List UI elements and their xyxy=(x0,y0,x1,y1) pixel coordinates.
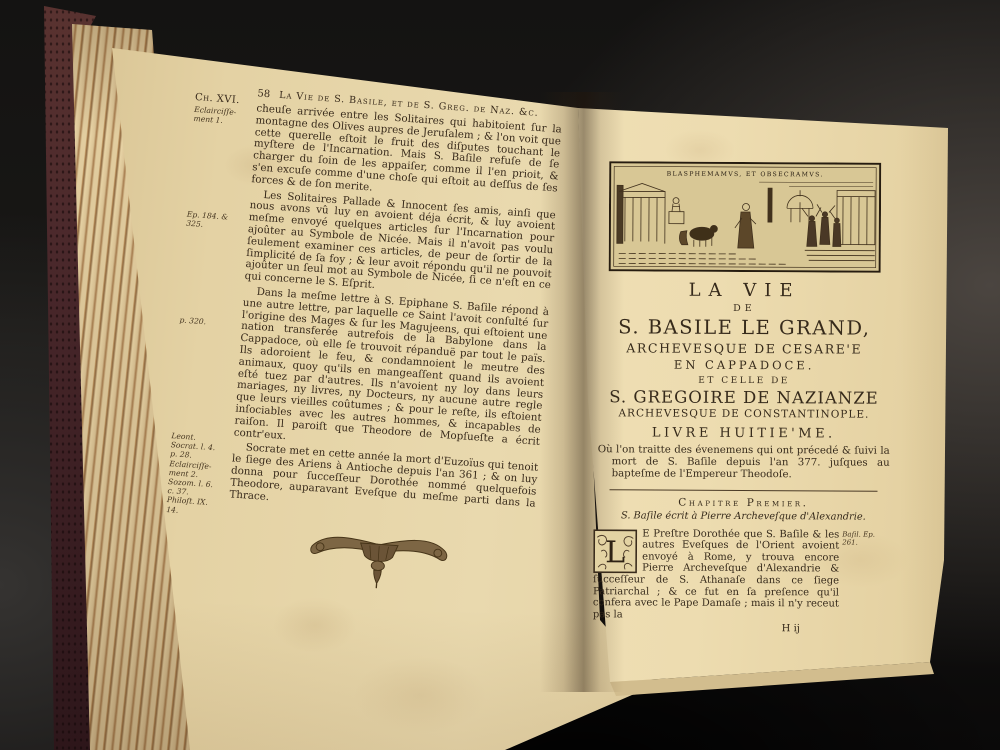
margin-note: Eclairciſſe- ment 1. xyxy=(193,105,252,127)
engraving-caption: BLASPHEMAMVS, ET OBSECRAMVS. xyxy=(667,171,824,179)
tailpiece-ornament xyxy=(301,516,456,599)
title-line: S. BASILE LE GRAND, xyxy=(594,315,894,340)
left-page-text-column: 58 La Vie de S. Basile, et de S. Greg. d… xyxy=(223,88,563,604)
margin-note: Baſil. Ep. 261. xyxy=(842,530,888,547)
body-paragraph: Les Solitaires Pallade & Innocent ſes am… xyxy=(244,189,556,304)
margin-note: Leont. Socrat. l. 4. p. 28. Eclairciſſe-… xyxy=(166,431,230,518)
title-line: DE xyxy=(594,302,894,315)
body-paragraph: Dans la meſme lettre à S. Epiphane S. Ba… xyxy=(233,286,549,460)
right-page-content: BLASPHEMAMVS, ET OBSECRAMVS. xyxy=(593,161,895,635)
chapter-subtitle: S. Baſile écrit à Pierre Archeveſque d'A… xyxy=(593,510,893,523)
open-book: Ch. XVI. Eclairciſſe- ment 1. Ep. 184. &… xyxy=(0,0,1000,750)
page-number: 58 xyxy=(257,88,270,100)
left-page-content: Ch. XVI. Eclairciſſe- ment 1. Ep. 184. &… xyxy=(161,84,573,605)
svg-text:L: L xyxy=(605,535,625,570)
argument-summary: Où l'on traitte des évenemens qui ont pr… xyxy=(598,444,890,482)
section-rule xyxy=(610,489,878,491)
title-line: LIVRE HUITIE'ME. xyxy=(594,425,894,442)
margin-note: Ep. 184. & 325. xyxy=(186,210,245,232)
chapter-opening: L E Preſtre Dorothée que S. Baſile & les… xyxy=(593,528,839,622)
engraving-illustration: BLASPHEMAMVS, ET OBSECRAMVS. xyxy=(609,161,882,272)
title-line: S. GREGOIRE DE NAZIANZE xyxy=(594,387,894,408)
chapter-heading: Chapitre Premier. xyxy=(593,496,893,510)
signature-mark: H ij xyxy=(593,623,839,635)
title-line: ARCHEVESQUE DE CONSTANTINOPLE. xyxy=(594,407,894,421)
title-line: EN CAPPADOCE. xyxy=(594,357,894,373)
title-line: ARCHEVESQUE DE CESARE'E xyxy=(594,340,894,357)
chapter-margin-label: Ch. XVI. xyxy=(195,92,240,106)
title-line: LA VIE xyxy=(595,279,895,302)
drop-cap-initial: L xyxy=(593,529,637,573)
margin-note: p. 320. xyxy=(179,315,238,328)
title-line: ET CELLE DE xyxy=(594,375,894,387)
